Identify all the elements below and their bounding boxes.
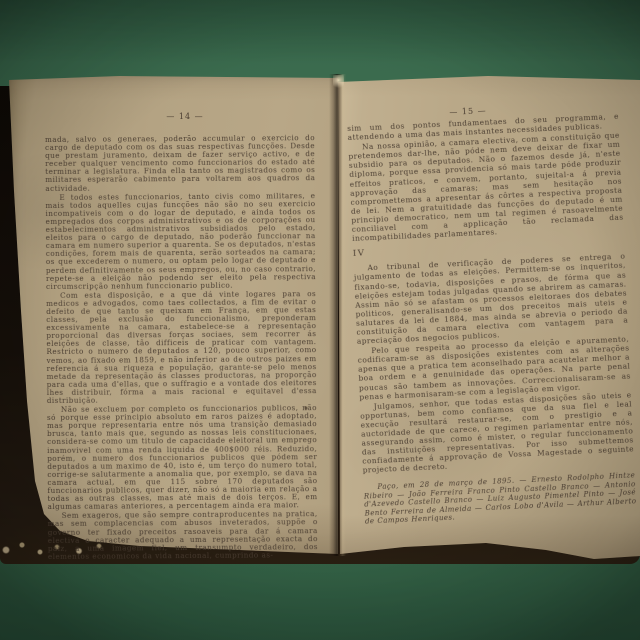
paragraph: Não se excluem por completo os funcciona…: [47, 404, 318, 511]
gutter-top-highlight: [333, 75, 344, 90]
left-page-text: mada, salvo os generaes, poderão accumul…: [45, 134, 318, 562]
paragraph: Com esta disposição, e a que dá vinte lo…: [46, 290, 317, 405]
right-page-text: sim um dos pontos fundamentaes do seu pr…: [347, 112, 637, 527]
paragraph: Sem exageros, que são sempre contraprodu…: [48, 510, 318, 560]
book-gutter-shadow: [329, 74, 346, 556]
paragraph: E todos estes funccionarios, tanto civis…: [45, 192, 316, 291]
paragraph: Na nossa opinião, a camara electiva, com…: [348, 131, 624, 243]
paragraph: Julgamos, senhor, que todas estas dispos…: [360, 390, 635, 475]
left-page-number: — 14 —: [148, 112, 222, 121]
paragraph: mada, salvo os generaes, poderão accumul…: [45, 134, 315, 193]
book-photo: — 14 — mada, salvo os generaes, poderão …: [0, 0, 640, 640]
paragraph: Ao tribunal de verificação de poderes se…: [353, 252, 628, 346]
